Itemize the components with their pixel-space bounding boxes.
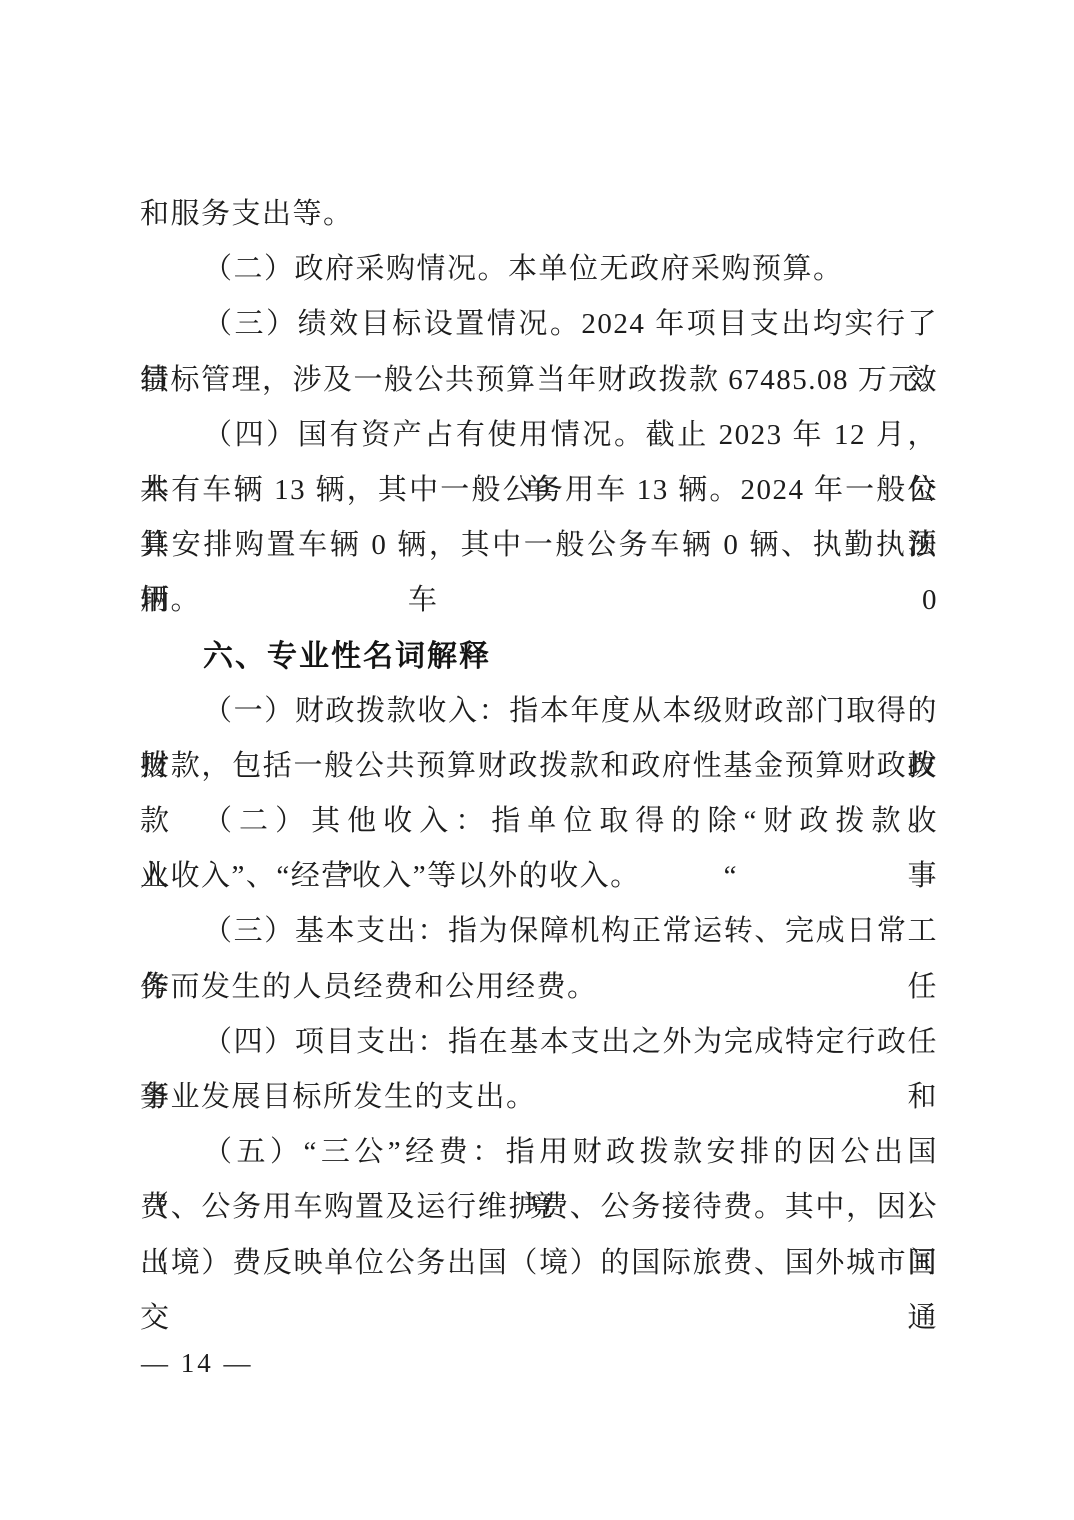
text-line: （五）“三公”经费：指用财政拨款安排的因公出国（境） (140, 1125, 938, 1180)
text-line: （四）国有资产占有使用情况。截止 2023 年 12 月，本单位 (140, 408, 938, 463)
page-number: — 14 — (141, 1348, 254, 1378)
page-footer: — 14 — (141, 1348, 254, 1379)
text-line: （一）财政拨款收入：指本年度从本级财政部门取得的财政 (140, 684, 938, 739)
text-line: （三）绩效目标设置情况。2024 年项目支出均实行了绩效 (140, 297, 938, 352)
text-line: 共有车辆 13 辆，其中一般公务用车 13 辆。2024 年一般公共预 (140, 463, 938, 518)
text-line: （三）基本支出：指为保障机构正常运转、完成日常工作任 (140, 904, 938, 959)
text-line: 拨款，包括一般公共预算财政拨款和政府性基金预算财政拨款。 (140, 739, 938, 794)
text-line: 算安排购置车辆 0 辆，其中一般公务车辆 0 辆、执勤执法用车 0 (140, 518, 938, 573)
text-line: 和服务支出等。 (140, 187, 938, 242)
text-line: （境）费反映单位公务出国（境）的国际旅费、国外城市间交通 (140, 1236, 938, 1291)
section-heading: 六、专业性名词解释 (140, 629, 938, 684)
document-page: 和服务支出等。（二）政府采购情况。本单位无政府采购预算。（三）绩效目标设置情况。… (0, 0, 1074, 1520)
text-line: （四）项目支出：指在基本支出之外为完成特定行政任务和 (140, 1015, 938, 1070)
text-line: 费、公务用车购置及运行维护费、公务接待费。其中，因公出国 (140, 1180, 938, 1235)
text-line: 目标管理，涉及一般公共预算当年财政拨款 67485.08 万元。 (140, 353, 938, 408)
text-line: （二）政府采购情况。本单位无政府采购预算。 (140, 242, 938, 297)
document-body: 和服务支出等。（二）政府采购情况。本单位无政府采购预算。（三）绩效目标设置情况。… (140, 187, 938, 1291)
text-line: （二）其他收入：指单位取得的除“财政拨款收入”、“事 (140, 794, 938, 849)
